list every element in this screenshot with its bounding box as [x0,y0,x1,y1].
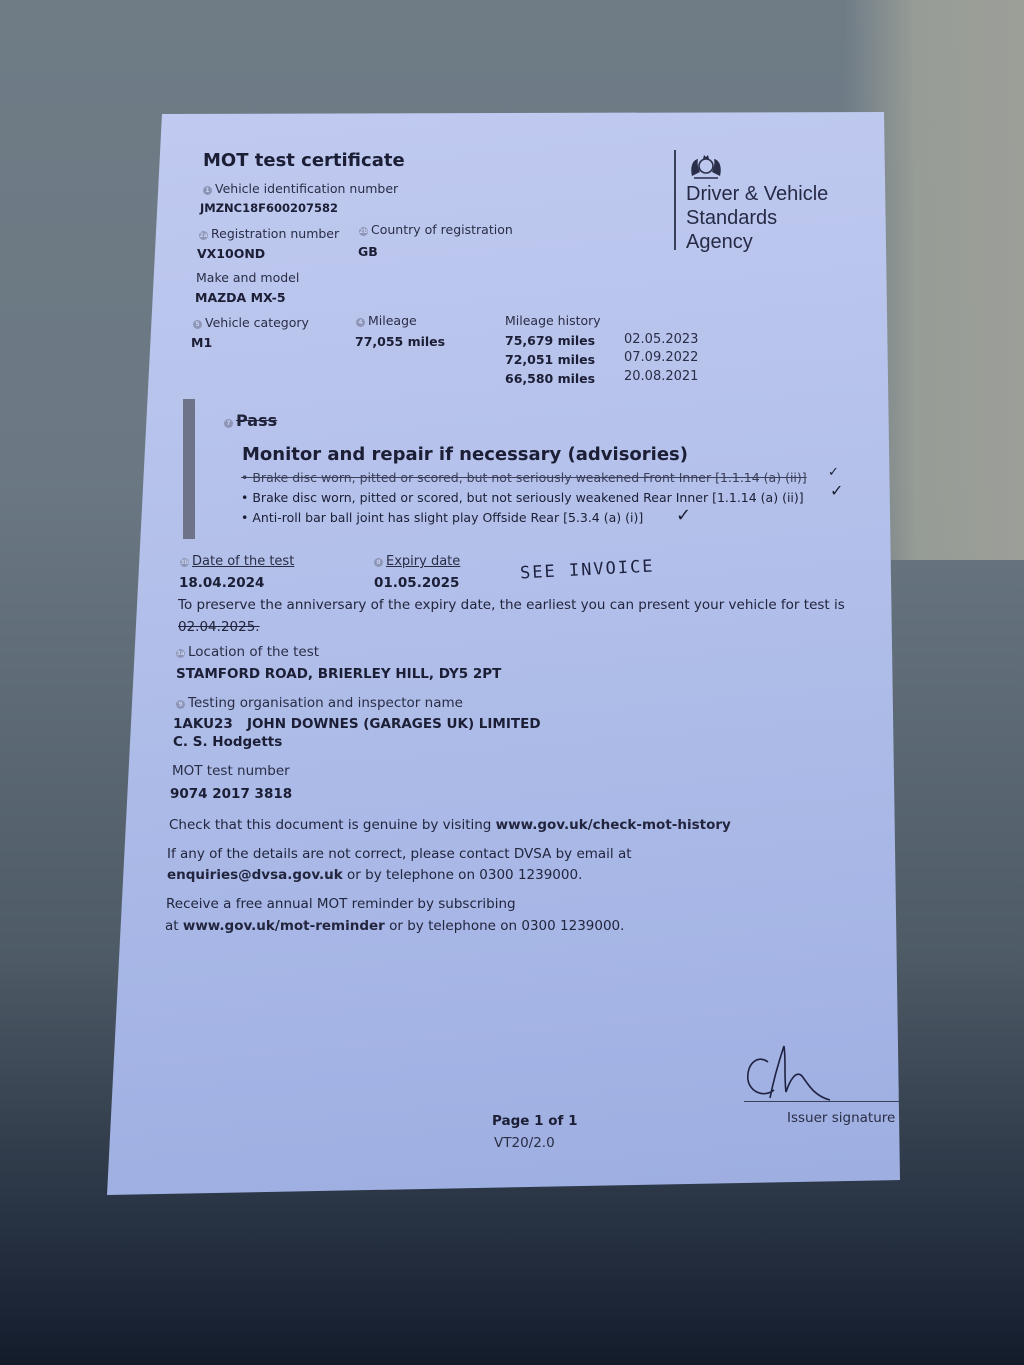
mileage-history-date-1: 02.05.2023 [624,332,698,347]
vehicle-category-value: M1 [191,335,212,350]
pass-status: Pass [236,411,277,430]
field-number-icon: 3a [176,649,185,658]
mot-certificate: MOT test certificate 1Vehicle identifica… [0,0,1024,1365]
country-label: 2bCountry of registration [359,222,513,237]
mot-reminder-link[interactable]: www.gov.uk/mot-reminder [183,918,385,934]
test-number-value: 9074 2017 3818 [170,786,292,802]
field-number-icon: 8 [374,558,383,567]
vin-label: 1Vehicle identification number [203,181,398,196]
mileage-history-miles-2: 72,051 miles [505,352,595,367]
advisory-item-2: • Brake disc worn, pitted or scored, but… [241,490,804,505]
mileage-value: 77,055 miles [355,334,445,349]
anniversary-date: 02.04.2025. [178,619,260,635]
field-number-icon: 9 [176,700,185,709]
mileage-history-label: Mileage history [505,313,601,328]
test-number-label: MOT test number [172,763,290,779]
result-status: 7Pass [224,411,277,430]
make-model-value: MAZDA MX-5 [195,290,286,305]
advisories-title: Monitor and repair if necessary (advisor… [242,444,688,465]
vin-value: JMZNC18F600207582 [200,201,338,215]
agency-divider [674,150,676,250]
expiry-date-label: 8Expiry date [374,554,460,569]
field-number-icon: 2a [199,231,208,240]
registration-value: VX10OND [197,246,265,261]
test-date-value: 18.04.2024 [179,575,264,591]
location-label: 3aLocation of the test [176,644,319,660]
field-number-icon: 7 [224,419,233,428]
enquiries-email-link[interactable]: enquiries@dvsa.gov.uk [167,867,343,883]
check-mot-history-link[interactable]: www.gov.uk/check-mot-history [496,817,731,833]
advisory-item-1: • Brake disc worn, pitted or scored, but… [241,470,807,485]
advisory-item-3: • Anti-roll bar ball joint has slight pl… [241,510,643,525]
reminder-text-line-2: at www.gov.uk/mot-reminder or by telepho… [165,918,624,934]
registration-label: 2aRegistration number [199,226,339,241]
check-mark-icon: ✓ [676,505,691,526]
result-indicator-bar [183,399,195,539]
field-number-icon: 1 [203,186,212,195]
check-mark-icon: ✓ [830,481,843,500]
field-number-icon: 3b [180,558,189,567]
field-number-icon: 4 [356,318,365,327]
vehicle-category-label: 5Vehicle category [193,315,309,330]
issuer-signature-icon [740,1040,850,1102]
testing-org-value: 1AKU23 JOHN DOWNES (GARAGES UK) LIMITED [173,716,541,732]
contact-text-line-1: If any of the details are not correct, p… [167,846,632,862]
anniversary-note: To preserve the anniversary of the expir… [178,597,845,613]
inspector-name: C. S. Hodgetts [173,734,282,750]
country-value: GB [358,244,378,259]
certificate-title: MOT test certificate [203,150,405,171]
handwritten-note: SEE INVOICE [520,556,655,583]
reminder-text-line-1: Receive a free annual MOT reminder by su… [166,896,516,912]
expiry-date-value: 01.05.2025 [374,575,459,591]
test-date-label: 3bDate of the test [180,554,294,569]
check-genuine-text: Check that this document is genuine by v… [169,817,731,833]
make-model-label: Make and model [196,270,299,285]
form-code: VT20/2.0 [494,1135,555,1151]
royal-coat-of-arms-icon [686,150,726,180]
signature-line [744,1101,899,1102]
agency-name: Driver & Vehicle Standards Agency [686,182,828,254]
field-number-icon: 2b [359,227,368,236]
mileage-label: 4Mileage [356,313,417,328]
issuer-signature-label: Issuer signature [787,1110,895,1126]
mileage-history-date-2: 07.09.2022 [624,350,698,365]
page-number: Page 1 of 1 [492,1113,578,1129]
contact-text-line-2: enquiries@dvsa.gov.uk or by telephone on… [167,867,582,883]
mileage-history-date-3: 20.08.2021 [624,369,698,384]
testing-org-label: 9Testing organisation and inspector name [176,695,463,711]
field-number-icon: 5 [193,320,202,329]
mileage-history-miles-3: 66,580 miles [505,371,595,386]
check-mark-icon: ✓ [828,465,839,480]
mileage-history-miles-1: 75,679 miles [505,333,595,348]
location-value: STAMFORD ROAD, BRIERLEY HILL, DY5 2PT [176,666,501,682]
